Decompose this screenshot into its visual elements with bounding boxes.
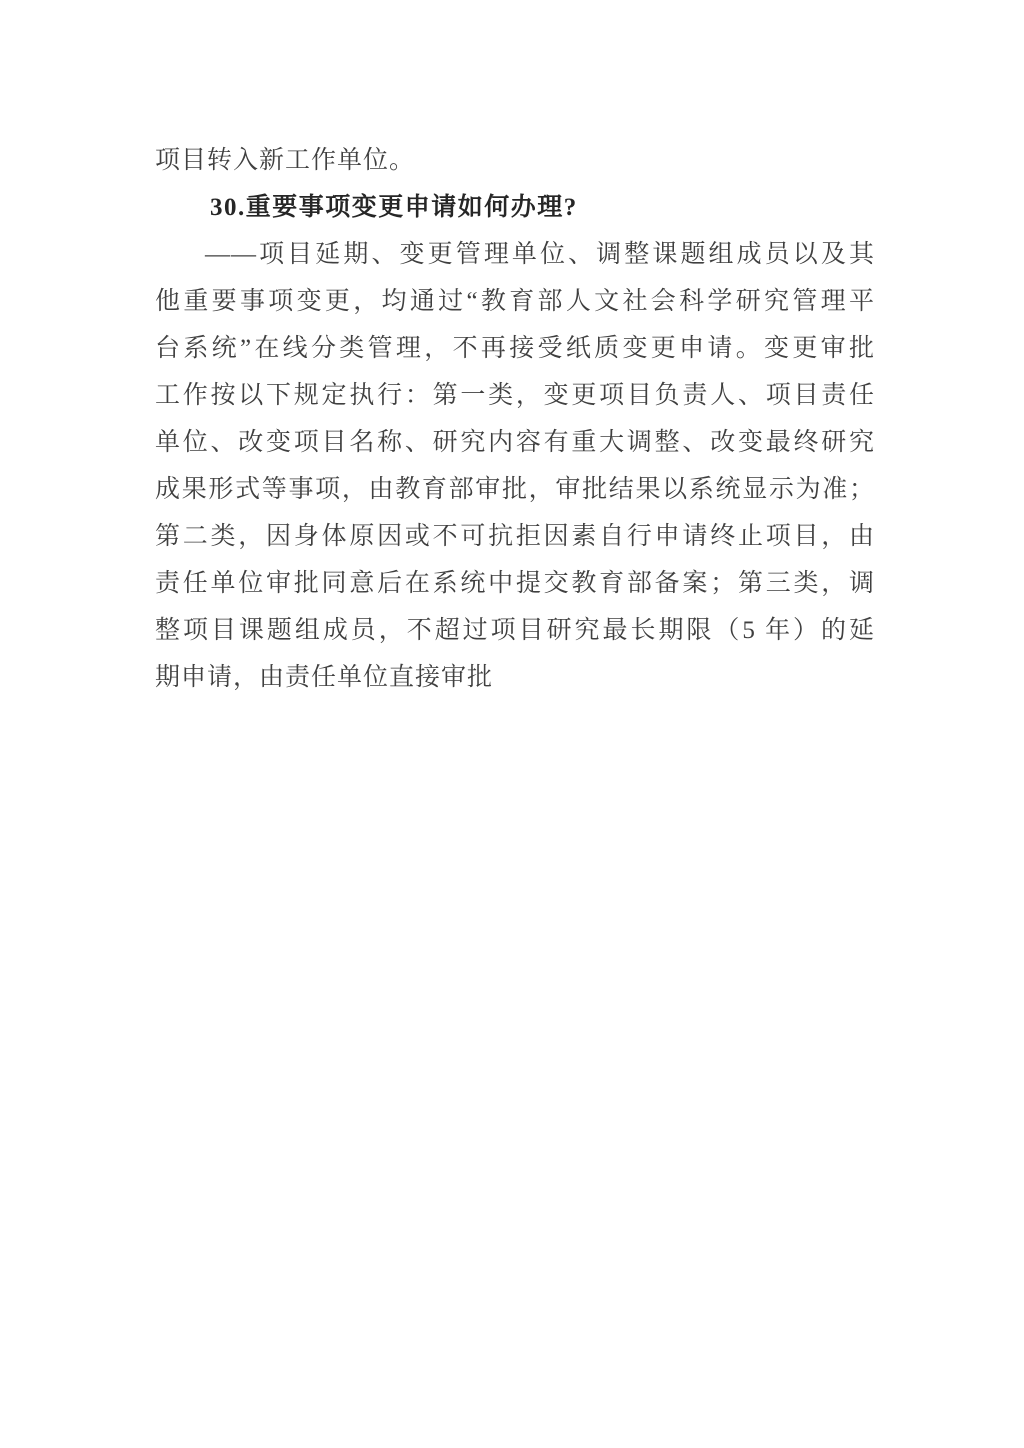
text-line: 工作按以下规定执行：第一类，变更项目负责人、项目责任 — [155, 372, 875, 419]
text-line: ——项目延期、变更管理单位、调整课题组成员以及其 — [155, 231, 875, 278]
document-page: 项目转入新工作单位。 30.重要事项变更申请如何办理? ——项目延期、变更管理单… — [0, 0, 1024, 1448]
text-line: 整项目课题组成员，不超过项目研究最长期限（5 年）的延 — [155, 607, 875, 654]
paragraph-last-line: 期申请，由责任单位直接审批 — [155, 654, 875, 701]
paragraph-continuation-line: 项目转入新工作单位。 — [155, 137, 875, 184]
section-heading: 30.重要事项变更申请如何办理? — [155, 184, 875, 231]
text-line: 成果形式等事项，由教育部审批，审批结果以系统显示为准； — [155, 466, 875, 513]
text-line: 单位、改变项目名称、研究内容有重大调整、改变最终研究 — [155, 419, 875, 466]
text-line: 他重要事项变更，均通过“教育部人文社会科学研究管理平 — [155, 278, 875, 325]
text-line: 责任单位审批同意后在系统中提交教育部备案；第三类，调 — [155, 560, 875, 607]
text-line: 台系统”在线分类管理，不再接受纸质变更申请。变更审批 — [155, 325, 875, 372]
text-line: 第二类，因身体原因或不可抗拒因素自行申请终止项目，由 — [155, 513, 875, 560]
text-block: 项目转入新工作单位。 30.重要事项变更申请如何办理? ——项目延期、变更管理单… — [155, 137, 875, 701]
